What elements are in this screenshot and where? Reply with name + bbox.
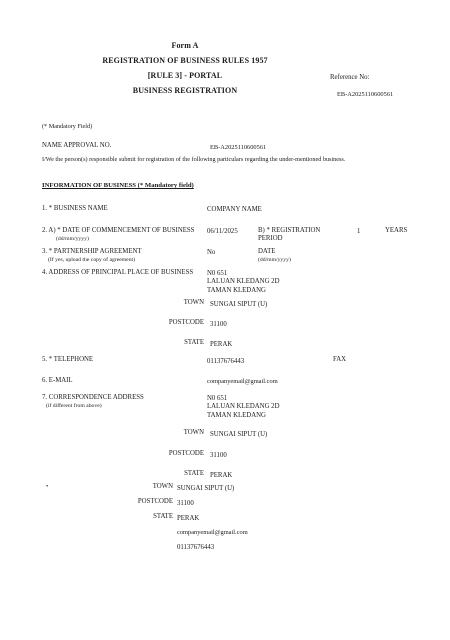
overflow-postcode-label: POSTCODE <box>0 498 173 506</box>
reference-no-label: Reference No: <box>330 74 369 82</box>
telephone-label: 5. * TELEPHONE <box>42 356 93 364</box>
business-name-value: COMPANY NAME <box>207 206 262 214</box>
address-line: N0 651 <box>207 395 280 403</box>
correspondence-postcode-label: POSTCODE <box>0 450 204 458</box>
registration-period-value: 1 <box>357 228 360 236</box>
correspondence-address-sublabel: (if different from above) <box>46 403 102 409</box>
registration-period-unit: YEARS <box>385 227 407 235</box>
principal-town-label: TOWN <box>0 299 204 307</box>
principal-address-label: 4. ADDRESS OF PRINCIPAL PLACE OF BUSINES… <box>42 269 193 277</box>
principal-postcode-label: POSTCODE <box>0 319 204 327</box>
email-value: companyemail@gmail.com <box>207 378 278 385</box>
overflow-town-label: TOWN <box>0 483 173 491</box>
partnership-date-label: DATE <box>258 248 275 256</box>
address-line: N0 651 <box>207 270 280 278</box>
mandatory-field-note: (* Mandatory Field) <box>42 124 92 131</box>
correspondence-postcode-value: 31100 <box>210 452 227 460</box>
commencement-date-label: 2. A) * DATE OF COMMENCEMENT OF BUSINESS <box>42 227 194 235</box>
name-approval-value: EB-A2025110600561 <box>210 144 266 151</box>
correspondence-town-label: TOWN <box>0 429 204 437</box>
correspondence-address-lines: N0 651 LALUAN KLEDANG 2D TAMAN KLEDANG <box>207 395 280 420</box>
correspondence-state-value: PERAK <box>210 472 232 480</box>
partnership-date-sublabel: (dd/mm/yyyy) <box>258 257 291 263</box>
correspondence-address-label: 7. CORRESPONDENCE ADDRESS <box>42 394 144 402</box>
correspondence-state-label: STATE <box>0 470 204 478</box>
principal-state-label: STATE <box>0 339 204 347</box>
form-title-line-4: BUSINESS REGISTRATION <box>60 87 310 96</box>
form-title-line-1: Form A <box>60 42 310 51</box>
overflow-telephone-value: 01137676443 <box>177 544 214 552</box>
overflow-town-value: SUNGAI SIPUT (U) <box>177 485 234 493</box>
principal-town-value: SUNGAI SIPUT (U) <box>210 301 267 309</box>
partnership-agreement-sublabel: (If yes, upload the copy of agreement) <box>48 257 135 263</box>
partnership-agreement-value: No <box>207 249 215 257</box>
correspondence-town-value: SUNGAI SIPUT (U) <box>210 431 267 439</box>
partnership-agreement-label: 3. * PARTNERSHIP AGREEMENT <box>42 248 142 256</box>
telephone-value: 01137676443 <box>207 358 244 366</box>
principal-postcode-value: 31100 <box>210 321 227 329</box>
name-approval-label: NAME APPROVAL NO. <box>42 142 111 150</box>
reference-no-value: EB-A2025110600561 <box>337 91 393 98</box>
section-heading-information-of-business: INFORMATION OF BUSINESS (* Mandatory fie… <box>42 182 194 190</box>
registration-period-label: B) * REGISTRATION PERIOD <box>258 227 338 243</box>
overflow-state-value: PERAK <box>177 515 199 523</box>
commencement-date-value: 06/11/2025 <box>207 228 238 236</box>
address-line: TAMAN KLEDANG <box>207 287 280 295</box>
overflow-email-value: companyemail@gmail.com <box>177 529 248 536</box>
declaration-text: I/We the person(s) responsible submit fo… <box>42 157 345 164</box>
form-title-line-2: REGISTRATION OF BUSINESS RULES 1957 <box>60 57 310 66</box>
commencement-date-sublabel: (dd/mm/yyyy) <box>56 236 89 242</box>
business-name-label: 1. * BUSINESS NAME <box>42 205 108 213</box>
overflow-state-label: STATE <box>0 513 173 521</box>
principal-address-lines: N0 651 LALUAN KLEDANG 2D TAMAN KLEDANG <box>207 270 280 295</box>
email-label: 6. E-MAIL <box>42 377 73 385</box>
address-line: LALUAN KLEDANG 2D <box>207 403 280 411</box>
address-line: LALUAN KLEDANG 2D <box>207 278 280 286</box>
address-line: TAMAN KLEDANG <box>207 412 280 420</box>
registration-form-page: Form A REGISTRATION OF BUSINESS RULES 19… <box>0 0 450 640</box>
overflow-postcode-value: 31100 <box>177 500 194 508</box>
fax-label: FAX <box>333 356 346 364</box>
principal-state-value: PERAK <box>210 341 232 349</box>
form-title-line-3: [RULE 3] - PORTAL <box>60 72 310 81</box>
